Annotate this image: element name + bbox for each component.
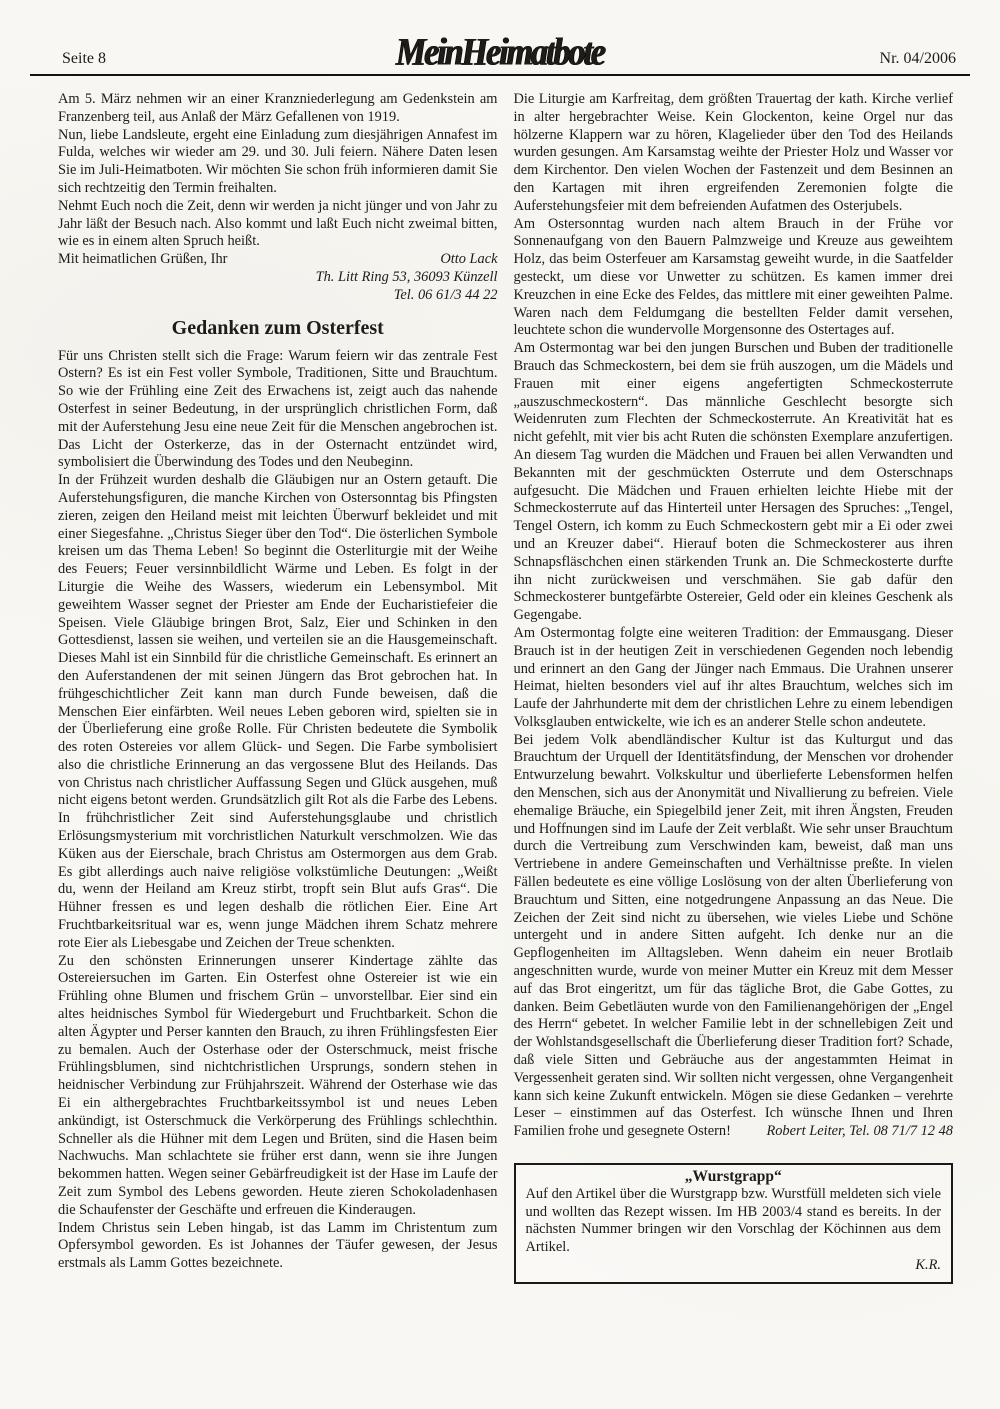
notice-initials: K.R. [526,1257,942,1275]
masthead-title: MeinHeimatbote [0,31,1000,75]
article-paragraph: Die Liturgie am Karfreitag, dem größten … [514,91,954,216]
issue-number-label: Nr. 04/2006 [880,50,956,68]
author-address: Th. Litt Ring 53, 36093 Künzell [58,269,498,287]
left-column: Am 5. März nehmen wir an einer Kranznied… [58,91,498,1284]
article-paragraph: Am Ostermontag folgte eine weiteren Trad… [514,625,954,732]
article-paragraph: Am Ostermontag war bei den jungen Bursch… [514,340,954,625]
intro-paragraph: Nehmt Euch noch die Zeit, denn wir werde… [58,198,498,251]
intro-paragraph: Nun, liebe Landsleute, ergeht eine Einla… [58,127,498,198]
author-signature: Otto Lack [440,251,497,269]
article-paragraph: In der Frühzeit wurden deshalb die Gläub… [58,472,498,953]
intro-paragraph: Am 5. März nehmen wir an einer Kranznied… [58,91,498,127]
notice-title: „Wurstgrapp“ [526,1168,942,1186]
article-paragraph: Für uns Christen stellt sich die Frage: … [58,348,498,473]
wurstgrapp-notice-box: „Wurstgrapp“ Auf den Artikel über die Wu… [514,1163,954,1284]
author-phone: Tel. 06 61/3 44 22 [58,287,498,305]
article-paragraph: Bei jedem Volk abendländischer Kultur is… [514,732,954,1141]
article-paragraph: Indem Christus sein Leben hingab, ist da… [58,1220,498,1273]
article-paragraph: Zu den schönsten Erinnerungen unserer Ki… [58,953,498,1220]
article-columns: Am 5. März nehmen wir an einer Kranznied… [0,76,1000,1284]
right-column: Die Liturgie am Karfreitag, dem größten … [514,91,954,1284]
article-title: Gedanken zum Osterfest [58,316,498,340]
article-paragraph: Am Ostersonntag wurden nach altem Brauch… [514,216,954,341]
page-header: Seite 8 MeinHeimatbote Nr. 04/2006 [0,0,1000,74]
closing-greeting: Mit heimatlichen Grüßen, Ihr [58,251,227,269]
newsletter-page: Seite 8 MeinHeimatbote Nr. 04/2006 Am 5.… [0,0,1000,1409]
notice-body: Auf den Artikel über die Wurstgrapp bzw.… [526,1186,942,1257]
signature-row: Mit heimatlichen Grüßen, Ihr Otto Lack [58,251,498,269]
